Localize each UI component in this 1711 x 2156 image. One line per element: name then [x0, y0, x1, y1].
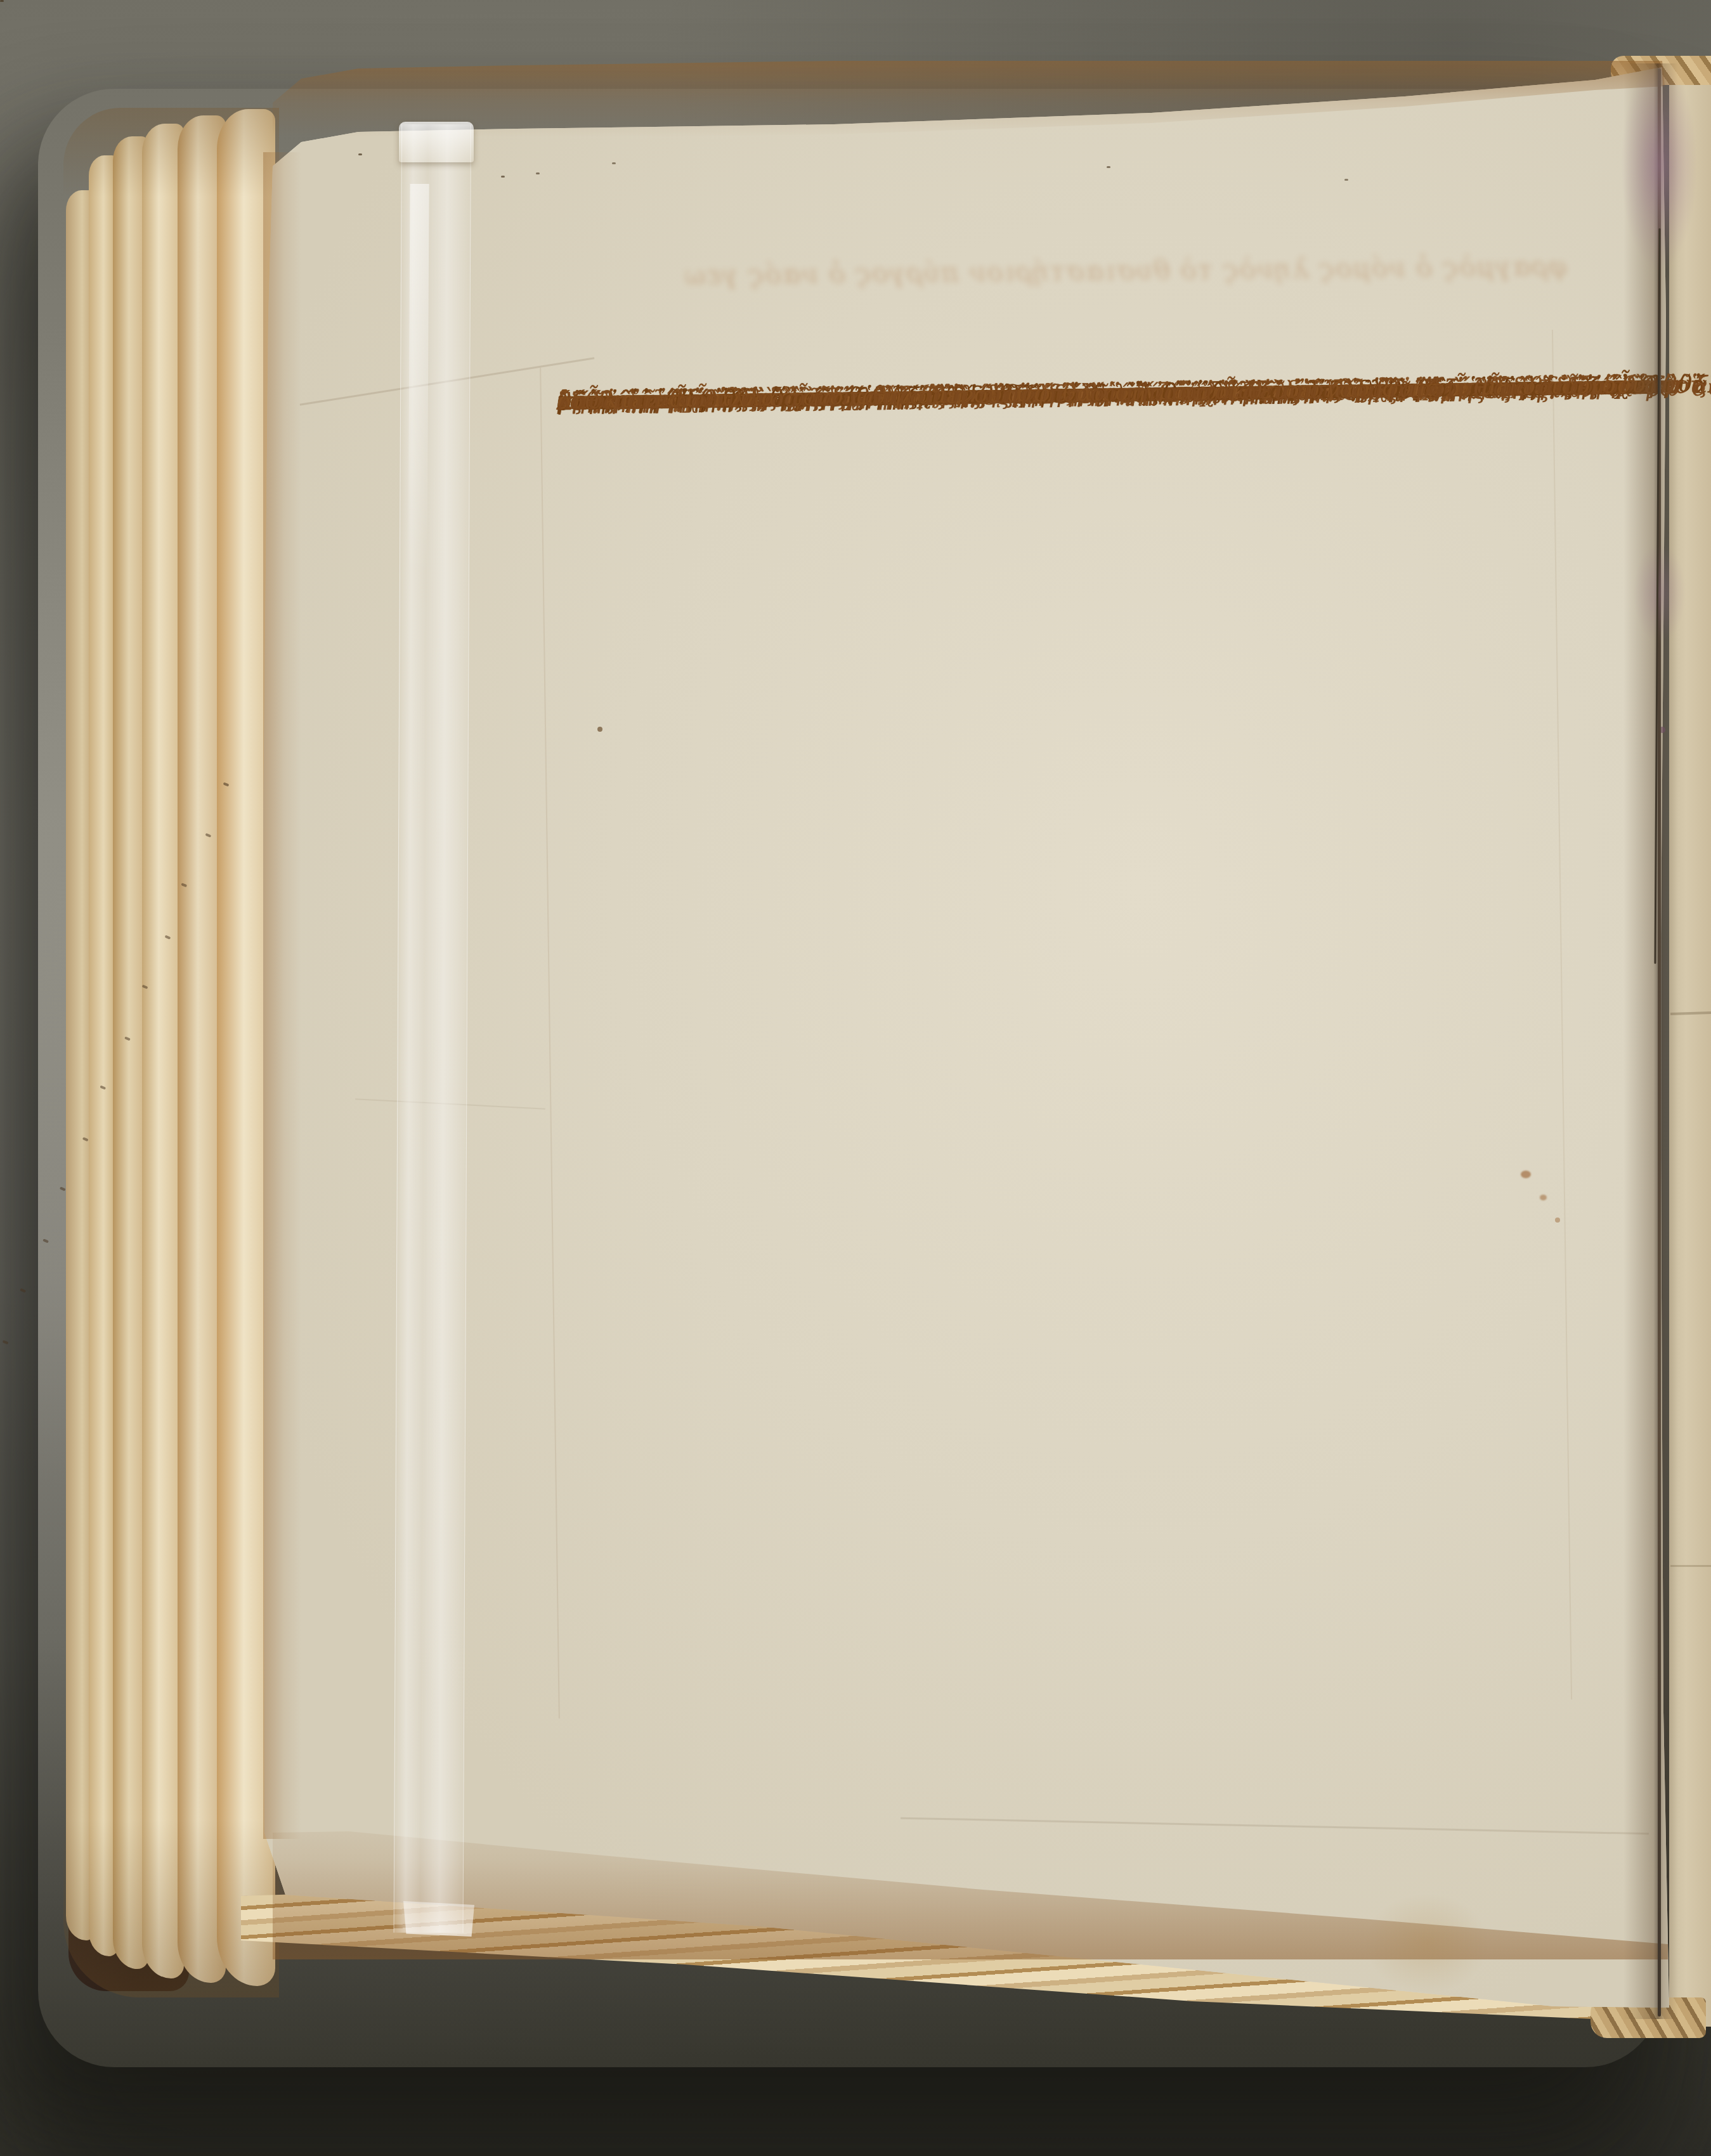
- page-edge-stack-shading: [63, 108, 279, 1997]
- stain: [1344, 1877, 1509, 2010]
- ink-offset-ghost-text: φραγμὸς ὁ νόμος ληνὸς τὸ θυσιαστήριον πύ…: [686, 250, 1568, 336]
- gutter-stain: [1625, 526, 1695, 659]
- parchment-nicks: [0, 0, 4, 2]
- strap-bottom-end: [403, 1901, 474, 1937]
- strap-top-fold: [399, 122, 474, 162]
- gutter-shadow: [1623, 63, 1678, 2019]
- page-left-edge: [263, 152, 301, 1839]
- greek-text-block: τουτέστιν ὅτι λ· φυτευθησ ὑπὸ τ θῦ ἐν τῇ…: [557, 364, 1604, 1724]
- manuscript-photo: φραγμὸς ὁ νόμος ληνὸς τὸ θυσιαστήριον πύ…: [0, 0, 1711, 2156]
- transparent-holding-strap: [394, 124, 471, 1933]
- strap-sheen: [408, 184, 429, 577]
